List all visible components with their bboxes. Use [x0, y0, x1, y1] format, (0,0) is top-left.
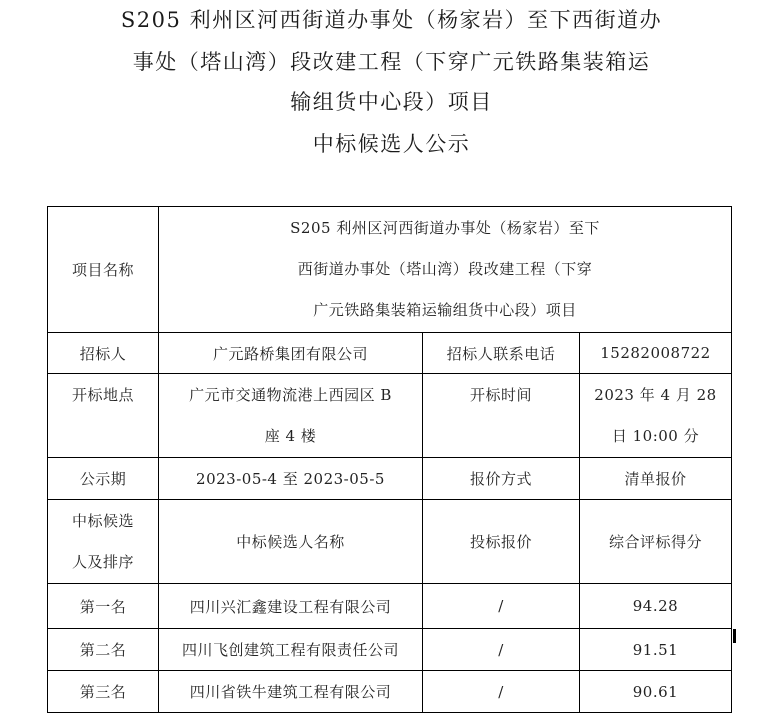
- candidate-bid-price: /: [423, 671, 580, 713]
- opening-time-line-1: 2023 年 4 月 28: [580, 375, 731, 416]
- candidate-name: 四川省铁牛建筑工程有限公司: [159, 671, 423, 713]
- quote-method-value: 清单报价: [580, 458, 732, 500]
- project-name-line-1: S205 利州区河西街道办事处（杨家岩）至下: [159, 208, 731, 249]
- candidate-bid-price: /: [423, 584, 580, 629]
- row-publicity: 公示期 2023-05-4 至 2023-05-5 报价方式 清单报价: [48, 458, 732, 500]
- opening-place-line-2: 座 4 楼: [159, 416, 422, 457]
- candidate-name: 四川兴汇鑫建设工程有限公司: [159, 584, 423, 629]
- project-name-line-3: 广元铁路集装箱运输组货中心段）项目: [159, 290, 731, 331]
- opening-place-line-1: 广元市交通物流港上西园区 B: [159, 375, 422, 416]
- publicity-period-value: 2023-05-4 至 2023-05-5: [159, 458, 423, 500]
- opening-time-label: 开标时间: [423, 374, 580, 458]
- publicity-period-label: 公示期: [48, 458, 159, 500]
- candidate-name-header: 中标候选人名称: [159, 500, 423, 584]
- tenderer-label: 招标人: [48, 333, 159, 374]
- bid-candidate-table: 项目名称 S205 利州区河西街道办事处（杨家岩）至下 西街道办事处（塔山湾）段…: [47, 206, 732, 713]
- table-row: 第一名 四川兴汇鑫建设工程有限公司 / 94.28: [48, 584, 732, 629]
- rank-header: 中标候选 人及排序: [48, 500, 159, 584]
- row-candidates-header: 中标候选 人及排序 中标候选人名称 投标报价 综合评标得分: [48, 500, 732, 584]
- tenderer-phone-label: 招标人联系电话: [423, 333, 580, 374]
- row-tenderer: 招标人 广元路桥集团有限公司 招标人联系电话 15282008722: [48, 333, 732, 374]
- candidate-bid-price: /: [423, 629, 580, 671]
- candidate-rank: 第三名: [48, 671, 159, 713]
- opening-place-label: 开标地点: [48, 374, 159, 458]
- project-name-label: 项目名称: [48, 207, 159, 333]
- text-cursor-marker: [733, 629, 736, 643]
- title-line-2: 事处（塔山湾）段改建工程（下穿广元铁路集装箱运: [0, 52, 783, 73]
- project-name-value: S205 利州区河西街道办事处（杨家岩）至下 西街道办事处（塔山湾）段改建工程（…: [159, 207, 732, 333]
- title-subheading: 中标候选人公示: [0, 134, 783, 155]
- candidate-score: 94.28: [580, 584, 732, 629]
- candidate-rank: 第一名: [48, 584, 159, 629]
- rank-header-line-1: 中标候选: [48, 501, 158, 542]
- title-line-3: 输组货中心段）项目: [0, 92, 783, 113]
- row-project-name: 项目名称 S205 利州区河西街道办事处（杨家岩）至下 西街道办事处（塔山湾）段…: [48, 207, 732, 333]
- score-header: 综合评标得分: [580, 500, 732, 584]
- project-name-line-2: 西街道办事处（塔山湾）段改建工程（下穿: [159, 249, 731, 290]
- title-line-1: S205 利州区河西街道办事处（杨家岩）至下西街道办: [0, 10, 783, 31]
- row-opening: 开标地点 广元市交通物流港上西园区 B 座 4 楼 开标时间 2023 年 4 …: [48, 374, 732, 458]
- tenderer-value: 广元路桥集团有限公司: [159, 333, 423, 374]
- opening-time-line-2: 日 10:00 分: [580, 416, 731, 457]
- table-row: 第三名 四川省铁牛建筑工程有限公司 / 90.61: [48, 671, 732, 713]
- candidate-score: 91.51: [580, 629, 732, 671]
- opening-time-value: 2023 年 4 月 28 日 10:00 分: [580, 374, 732, 458]
- tenderer-phone-value: 15282008722: [580, 333, 732, 374]
- table-row: 第二名 四川飞创建筑工程有限责任公司 / 91.51: [48, 629, 732, 671]
- candidate-rank: 第二名: [48, 629, 159, 671]
- opening-place-value: 广元市交通物流港上西园区 B 座 4 楼: [159, 374, 423, 458]
- candidate-name: 四川飞创建筑工程有限责任公司: [159, 629, 423, 671]
- candidate-score: 90.61: [580, 671, 732, 713]
- bid-price-header: 投标报价: [423, 500, 580, 584]
- rank-header-line-2: 人及排序: [48, 542, 158, 583]
- quote-method-label: 报价方式: [423, 458, 580, 500]
